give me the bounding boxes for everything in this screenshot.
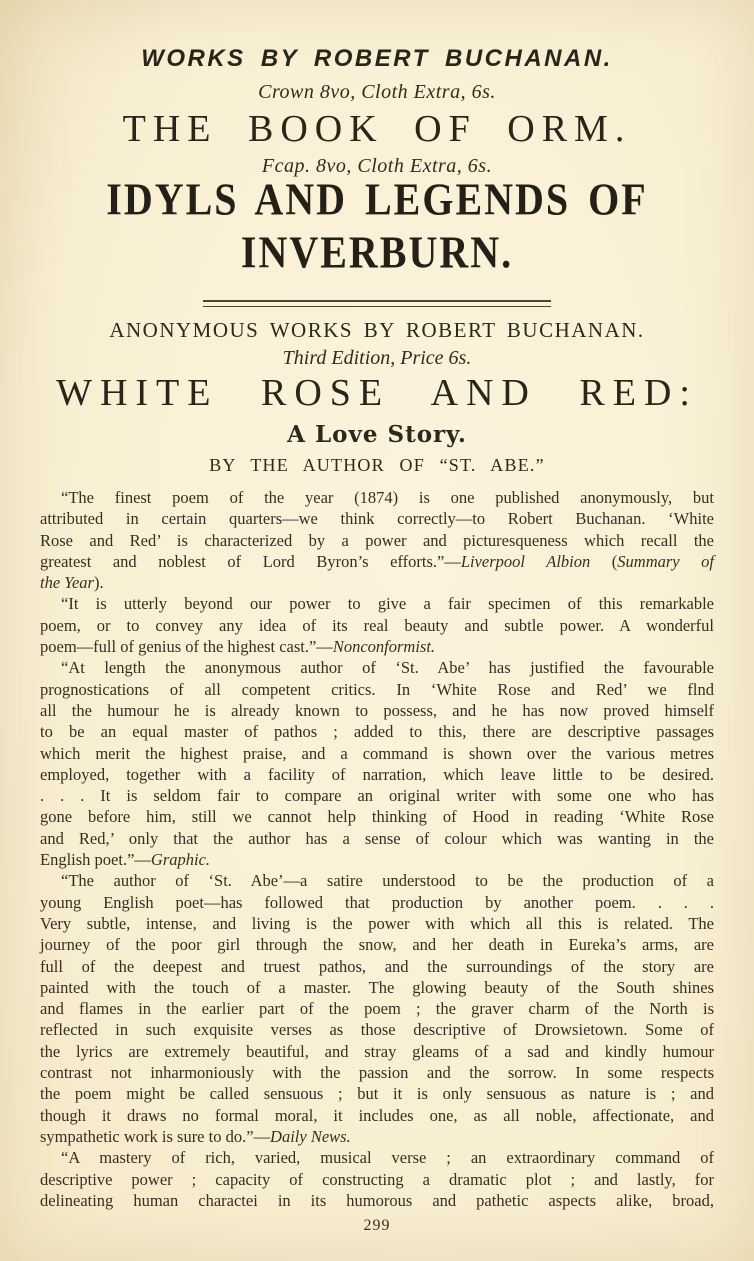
main-title-white-rose-and-red: WHITE ROSE AND RED: xyxy=(40,371,714,416)
review-line: employed, together with a facility of na… xyxy=(40,764,714,785)
anonymous-works-heading: ANONYMOUS WORKS BY ROBERT BUCHANAN. xyxy=(40,319,714,341)
review-line: though it draws no formal moral, it incl… xyxy=(40,1105,714,1126)
book-title-idyls-and-legends: IDYLS AND LEGENDS OF INVERBURN. xyxy=(40,180,714,281)
review-paragraph: “The finest poem of the year (1874) is o… xyxy=(40,487,714,593)
page-number: 299 xyxy=(40,1217,714,1235)
review-line: Rose and Red’ is characterized by a powe… xyxy=(40,530,714,551)
review-line: delineating human charactei in its humor… xyxy=(40,1190,714,1211)
book-title-idyls-text: IDYLS AND LEGENDS OF INVERBURN. xyxy=(40,173,714,279)
review-line: poem—full of genius of the highest cast.… xyxy=(40,636,714,657)
review-line: all the humour he is already known to po… xyxy=(40,700,714,721)
review-line: “It is utterly beyond our power to give … xyxy=(40,593,714,614)
review-line: prognostications of all competent critic… xyxy=(40,679,714,700)
review-line: “At length the anonymous author of ‘St. … xyxy=(40,657,714,678)
review-line: journey of the poor girl through the sno… xyxy=(40,934,714,955)
review-line: poem, or to convey any idea of its real … xyxy=(40,615,714,636)
scanned-book-page: WORKS BY ROBERT BUCHANAN. Crown 8vo, Clo… xyxy=(0,0,754,1261)
review-line: gone before him, still we cannot help th… xyxy=(40,806,714,827)
edition-price-line: Third Edition, Price 6s. xyxy=(40,348,714,368)
review-paragraph: “The author of ‘St. Abe’—a satire unders… xyxy=(40,870,714,1147)
review-line: full of the deepest and truest pathos, a… xyxy=(40,956,714,977)
review-line: which merit the highest praise, and a co… xyxy=(40,743,714,764)
review-line: the poem might be called sensuous ; but … xyxy=(40,1083,714,1104)
book1-format-line: Crown 8vo, Cloth Extra, 6s. xyxy=(40,81,714,103)
review-paragraph: “It is utterly beyond our power to give … xyxy=(40,593,714,657)
review-line: greatest and noblest of Lord Byron’s eff… xyxy=(40,551,714,572)
review-line: “The author of ‘St. Abe’—a satire unders… xyxy=(40,870,714,891)
review-line: descriptive power ; capacity of construc… xyxy=(40,1169,714,1190)
review-line: to be an equal master of pathos ; added … xyxy=(40,721,714,742)
review-line: and Red,’ only that the author has a sen… xyxy=(40,828,714,849)
review-line: contrast not inharmoniously with the pas… xyxy=(40,1062,714,1083)
review-line: sympathetic work is sure to do.”—Daily N… xyxy=(40,1126,714,1147)
review-line: Very subtle, intense, and living is the … xyxy=(40,913,714,934)
review-line: young English poet—has followed that pro… xyxy=(40,892,714,913)
subtitle-a-love-story: A Love Story. xyxy=(40,421,714,449)
review-line: and flames in the earlier part of the po… xyxy=(40,998,714,1019)
series-heading: WORKS BY ROBERT BUCHANAN. xyxy=(40,46,714,72)
review-line: the Year). xyxy=(40,572,714,593)
book-title-the-book-of-orm: THE BOOK OF ORM. xyxy=(40,108,714,150)
review-paragraph: “At length the anonymous author of ‘St. … xyxy=(40,657,714,870)
review-line: “A mastery of rich, varied, musical vers… xyxy=(40,1147,714,1168)
review-line: the lyrics are extremely beautiful, and … xyxy=(40,1041,714,1062)
double-rule-divider xyxy=(203,300,551,307)
byline-author-of-st-abe: BY THE AUTHOR OF “ST. ABE.” xyxy=(40,456,714,475)
review-line: “The finest poem of the year (1874) is o… xyxy=(40,487,714,508)
review-paragraph: “A mastery of rich, varied, musical vers… xyxy=(40,1147,714,1211)
review-line: . . . It is seldom fair to compare an or… xyxy=(40,785,714,806)
review-line: reflected in such exquisite verses as th… xyxy=(40,1019,714,1040)
press-reviews-section: “The finest poem of the year (1874) is o… xyxy=(40,487,714,1211)
review-line: English poet.”—Graphic. xyxy=(40,849,714,870)
review-line: painted with the touch of a master. The … xyxy=(40,977,714,998)
review-line: attributed in certain quarters—we think … xyxy=(40,508,714,529)
